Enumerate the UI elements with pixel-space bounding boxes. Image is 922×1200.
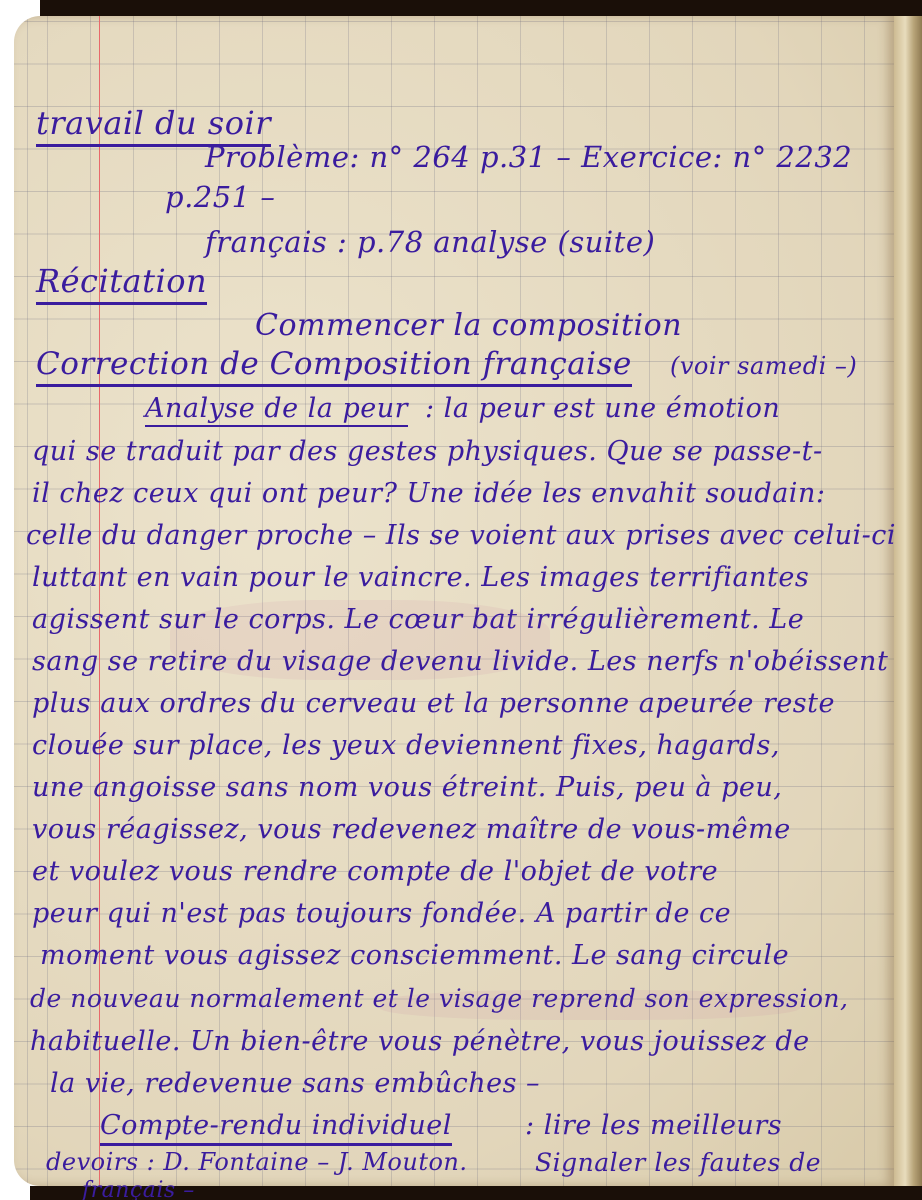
- text-line: de nouveau normalement et le visage repr…: [30, 984, 848, 1013]
- text-line: : lire les meilleurs: [525, 1110, 782, 1141]
- text-line: luttant en vain pour le vaincre. Les ima…: [32, 562, 809, 593]
- text-line: et voulez vous rendre compte de l'objet …: [32, 856, 718, 887]
- text-line: celle du danger proche – Ils se voient a…: [26, 520, 896, 551]
- text-line: français –: [82, 1178, 195, 1200]
- text-line: plus aux ordres du cerveau et la personn…: [32, 688, 835, 719]
- text-line: clouée sur place, les yeux deviennent fi…: [32, 730, 780, 761]
- line-commencer-composition: Commencer la composition: [255, 308, 682, 343]
- heading-correction-composition: Correction de Composition française: [36, 346, 632, 387]
- text-line: habituelle. Un bien-être vous pénètre, v…: [30, 1026, 810, 1057]
- text-line: Signaler les fautes de: [535, 1148, 821, 1177]
- text-line: sang se retire du visage devenu livide. …: [32, 646, 888, 677]
- note-voir-samedi: (voir samedi –): [670, 352, 857, 380]
- subheading-compte-rendu: Compte-rendu individuel: [100, 1110, 452, 1146]
- text-line-best-students: devoirs : D. Fontaine – J. Mouton.: [46, 1148, 468, 1176]
- text-line: vous réagissez, vous redevenez maître de…: [32, 814, 791, 845]
- subheading-analyse-peur: Analyse de la peur: [145, 393, 408, 427]
- text-line: agissent sur le corps. Le cœur bat irrég…: [32, 604, 804, 635]
- text-line: : la peur est une émotion: [425, 393, 780, 424]
- text-line: la vie, redevenue sans embûches –: [50, 1068, 540, 1099]
- heading-recitation: Récitation: [36, 262, 207, 305]
- text-line: moment vous agissez consciemment. Le san…: [40, 940, 789, 971]
- text-line: il chez ceux qui ont peur? Une idée les …: [32, 478, 825, 509]
- text-line: qui se traduit par des gestes physiques.…: [32, 436, 823, 467]
- line-page-ref: p.251 –: [165, 180, 275, 214]
- line-francais-analyse: français : p.78 analyse (suite): [205, 225, 655, 259]
- text-line: une angoisse sans nom vous étreint. Puis…: [32, 772, 782, 803]
- line-probleme: Problème: n° 264 p.31 – Exercice: n° 223…: [205, 140, 852, 174]
- text-line: peur qui n'est pas toujours fondée. A pa…: [32, 898, 731, 929]
- notebook-spine: [894, 16, 922, 1186]
